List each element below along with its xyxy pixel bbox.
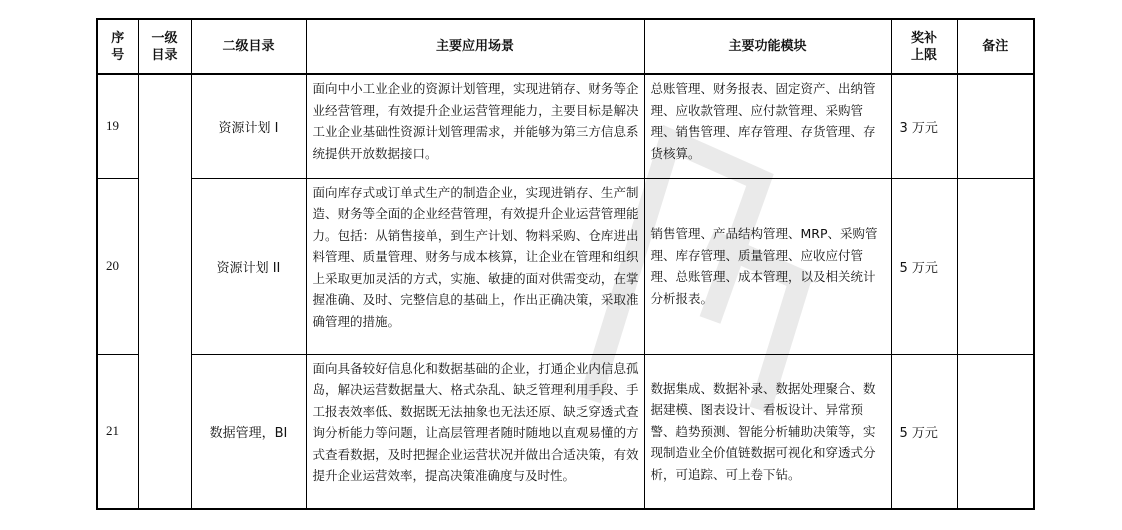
header-row: 序号 一级目录 二级目录 主要应用场景 主要功能模块 奖补上限 备注 [97, 19, 1034, 74]
remarks-cell [957, 178, 1034, 354]
level1-cell [138, 74, 191, 509]
subsidy-cell: 5 万元 [891, 178, 957, 354]
remarks-cell [957, 354, 1034, 509]
table-row: 20 资源计划 II 面向库存式或订单式生产的制造企业，实现进销存、生产制造、财… [97, 178, 1034, 354]
level2-cell: 资源计划 II [191, 178, 306, 354]
scenario-cell: 面向库存式或订单式生产的制造企业，实现进销存、生产制造、财务等全面的企业经营管理… [306, 178, 644, 354]
scenario-cell: 面向具备较好信息化和数据基础的企业，打通企业内信息孤岛，解决运营数据量大、格式杂… [306, 354, 644, 509]
table-row: 19 资源计划 I 面向中小工业企业的资源计划管理，实现进销存、财务等企业经营管… [97, 74, 1034, 178]
level2-cell: 数据管理，BI [191, 354, 306, 509]
seq-cell: 21 [97, 354, 138, 509]
modules-cell: 销售管理、产品结构管理、MRP、采购管理、库存管理、质量管理、应收应付管理、总账… [644, 178, 891, 354]
subsidy-cell: 5 万元 [891, 354, 957, 509]
header-scenario: 主要应用场景 [306, 19, 644, 74]
subsidy-cell: 3 万元 [891, 74, 957, 178]
subsidy-catalog-table: 序号 一级目录 二级目录 主要应用场景 主要功能模块 奖补上限 备注 19 资源… [96, 18, 1035, 510]
table-row: 21 数据管理，BI 面向具备较好信息化和数据基础的企业，打通企业内信息孤岛，解… [97, 354, 1034, 509]
header-level2: 二级目录 [191, 19, 306, 74]
modules-cell: 总账管理、财务报表、固定资产、出纳管理、应收款管理、应付款管理、采购管理、销售管… [644, 74, 891, 178]
scenario-cell: 面向中小工业企业的资源计划管理，实现进销存、财务等企业经营管理，有效提升企业运营… [306, 74, 644, 178]
header-modules: 主要功能模块 [644, 19, 891, 74]
remarks-cell [957, 74, 1034, 178]
seq-cell: 19 [97, 74, 138, 178]
header-remarks: 备注 [957, 19, 1034, 74]
modules-cell: 数据集成、数据补录、数据处理聚合、数据建模、图表设计、看板设计、异常预警、趋势预… [644, 354, 891, 509]
level2-cell: 资源计划 I [191, 74, 306, 178]
header-level1: 一级目录 [138, 19, 191, 74]
header-subsidy: 奖补上限 [891, 19, 957, 74]
header-seq: 序号 [97, 19, 138, 74]
seq-cell: 20 [97, 178, 138, 354]
